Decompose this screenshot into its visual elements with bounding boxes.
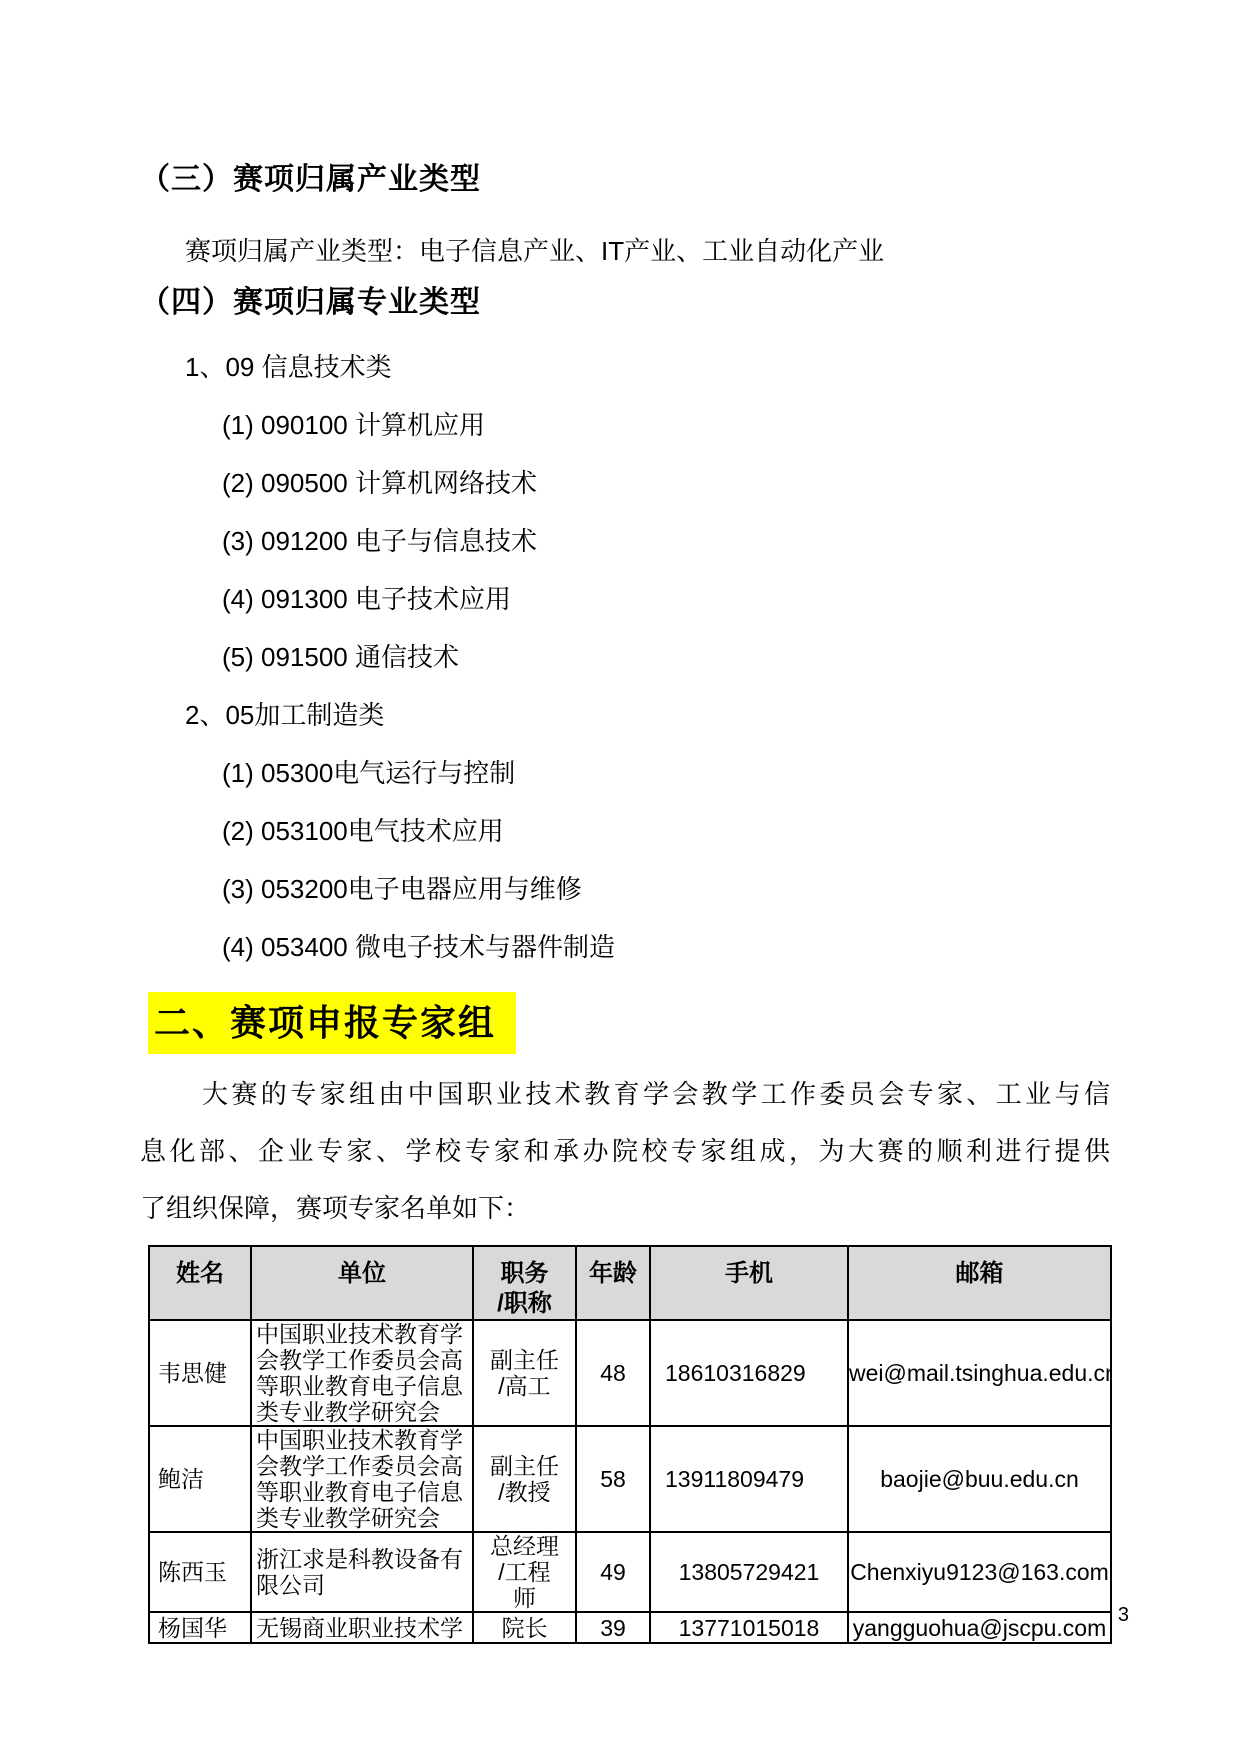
list-group-title: 2、05加工制造类 xyxy=(185,702,1110,729)
section2-heading-wrap: 二、赛项申报专家组 xyxy=(140,992,1110,1054)
document-content: （三）赛项归属产业类型 赛项归属产业类型：电子信息产业、IT产业、工业自动化产业… xyxy=(140,163,1110,1644)
header-org: 单位 xyxy=(251,1246,473,1320)
expert-paragraph: 大赛的专家组由中国职业技术教育学会教学工作委员会专家、工业与信 息化部、企业专家… xyxy=(140,1066,1110,1237)
section3-heading: （三）赛项归属产业类型 xyxy=(140,163,1110,196)
list-item: (1) 090100 计算机应用 xyxy=(222,412,1110,439)
cell-age: 49 xyxy=(576,1532,650,1612)
cell-title: 副主任 /教授 xyxy=(473,1426,576,1532)
table-row: 陈西玉 浙江求是科教设备有 限公司 总经理 /工程 师 49 138057294… xyxy=(149,1532,1111,1612)
header-name: 姓名 xyxy=(149,1246,251,1320)
list-item: (3) 091200 电子与信息技术 xyxy=(222,528,1110,555)
document-page: （三）赛项归属产业类型 赛项归属产业类型：电子信息产业、IT产业、工业自动化产业… xyxy=(0,0,1241,1754)
table-row: 韦思健 中国职业技术教育学 会教学工作委员会高 等职业教育电子信息 类专业教学研… xyxy=(149,1320,1111,1426)
cell-email: wei@mail.tsinghua.edu.cn xyxy=(848,1320,1111,1426)
section3-paragraph: 赛项归属产业类型：电子信息产业、IT产业、工业自动化产业 xyxy=(185,238,1110,265)
cell-name: 陈西玉 xyxy=(149,1532,251,1612)
header-age: 年龄 xyxy=(576,1246,650,1320)
cell-phone: 13911809479 xyxy=(650,1426,848,1532)
list-item: (4) 053400 微电子技术与器件制造 xyxy=(222,934,1110,961)
cell-phone: 13805729421 xyxy=(650,1532,848,1612)
header-title: 职务 /职称 xyxy=(473,1246,576,1320)
table-row: 鲍洁 中国职业技术教育学 会教学工作委员会高 等职业教育电子信息 类专业教学研究… xyxy=(149,1426,1111,1532)
cell-age: 39 xyxy=(576,1612,650,1643)
paragraph-line: 了组织保障，赛项专家名单如下： xyxy=(140,1180,1110,1237)
table-row: 杨国华 无锡商业职业技术学 院长 39 13771015018 yangguoh… xyxy=(149,1612,1111,1643)
cell-phone: 13771015018 xyxy=(650,1612,848,1643)
table-header-row: 姓名 单位 职务 /职称 年龄 手机 邮箱 xyxy=(149,1246,1111,1320)
cell-email: yangguohua@jscpu.com xyxy=(848,1612,1111,1643)
section4-heading: （四）赛项归属专业类型 xyxy=(140,286,1110,319)
expert-table: 姓名 单位 职务 /职称 年龄 手机 邮箱 韦思健 中国职业技术教育学 会教学工… xyxy=(148,1245,1112,1644)
category-list: 1、09 信息技术类 (1) 090100 计算机应用 (2) 090500 计… xyxy=(140,354,1110,961)
cell-org: 中国职业技术教育学 会教学工作委员会高 等职业教育电子信息 类专业教学研究会 xyxy=(251,1426,473,1532)
cell-name: 鲍洁 xyxy=(149,1426,251,1532)
cell-name: 韦思健 xyxy=(149,1320,251,1426)
cell-org: 中国职业技术教育学 会教学工作委员会高 等职业教育电子信息 类专业教学研究会 xyxy=(251,1320,473,1426)
list-item: (4) 091300 电子技术应用 xyxy=(222,586,1110,613)
cell-org: 浙江求是科教设备有 限公司 xyxy=(251,1532,473,1612)
cell-name: 杨国华 xyxy=(149,1612,251,1643)
list-item: (3) 053200电子电器应用与维修 xyxy=(222,876,1110,903)
page-number: 3 xyxy=(1118,1604,1129,1627)
paragraph-line: 息化部、企业专家、学校专家和承办院校专家组成，为大赛的顺利进行提供 xyxy=(140,1123,1110,1180)
cell-title: 总经理 /工程 师 xyxy=(473,1532,576,1612)
header-phone: 手机 xyxy=(650,1246,848,1320)
list-item: (2) 053100电气技术应用 xyxy=(222,818,1110,845)
list-item: (1) 05300电气运行与控制 xyxy=(222,760,1110,787)
cell-title: 院长 xyxy=(473,1612,576,1643)
cell-title: 副主任 /高工 xyxy=(473,1320,576,1426)
list-item: (2) 090500 计算机网络技术 xyxy=(222,470,1110,497)
cell-email: baojie@buu.edu.cn xyxy=(848,1426,1111,1532)
list-group-title: 1、09 信息技术类 xyxy=(185,354,1110,381)
list-item: (5) 091500 通信技术 xyxy=(222,644,1110,671)
cell-age: 58 xyxy=(576,1426,650,1532)
header-email: 邮箱 xyxy=(848,1246,1111,1320)
section2-heading-highlighted: 二、赛项申报专家组 xyxy=(148,992,516,1054)
cell-email: Chenxiyu9123@163.com xyxy=(848,1532,1111,1612)
cell-org: 无锡商业职业技术学 xyxy=(251,1612,473,1643)
cell-phone: 18610316829 xyxy=(650,1320,848,1426)
paragraph-line: 大赛的专家组由中国职业技术教育学会教学工作委员会专家、工业与信 xyxy=(140,1066,1110,1123)
cell-age: 48 xyxy=(576,1320,650,1426)
